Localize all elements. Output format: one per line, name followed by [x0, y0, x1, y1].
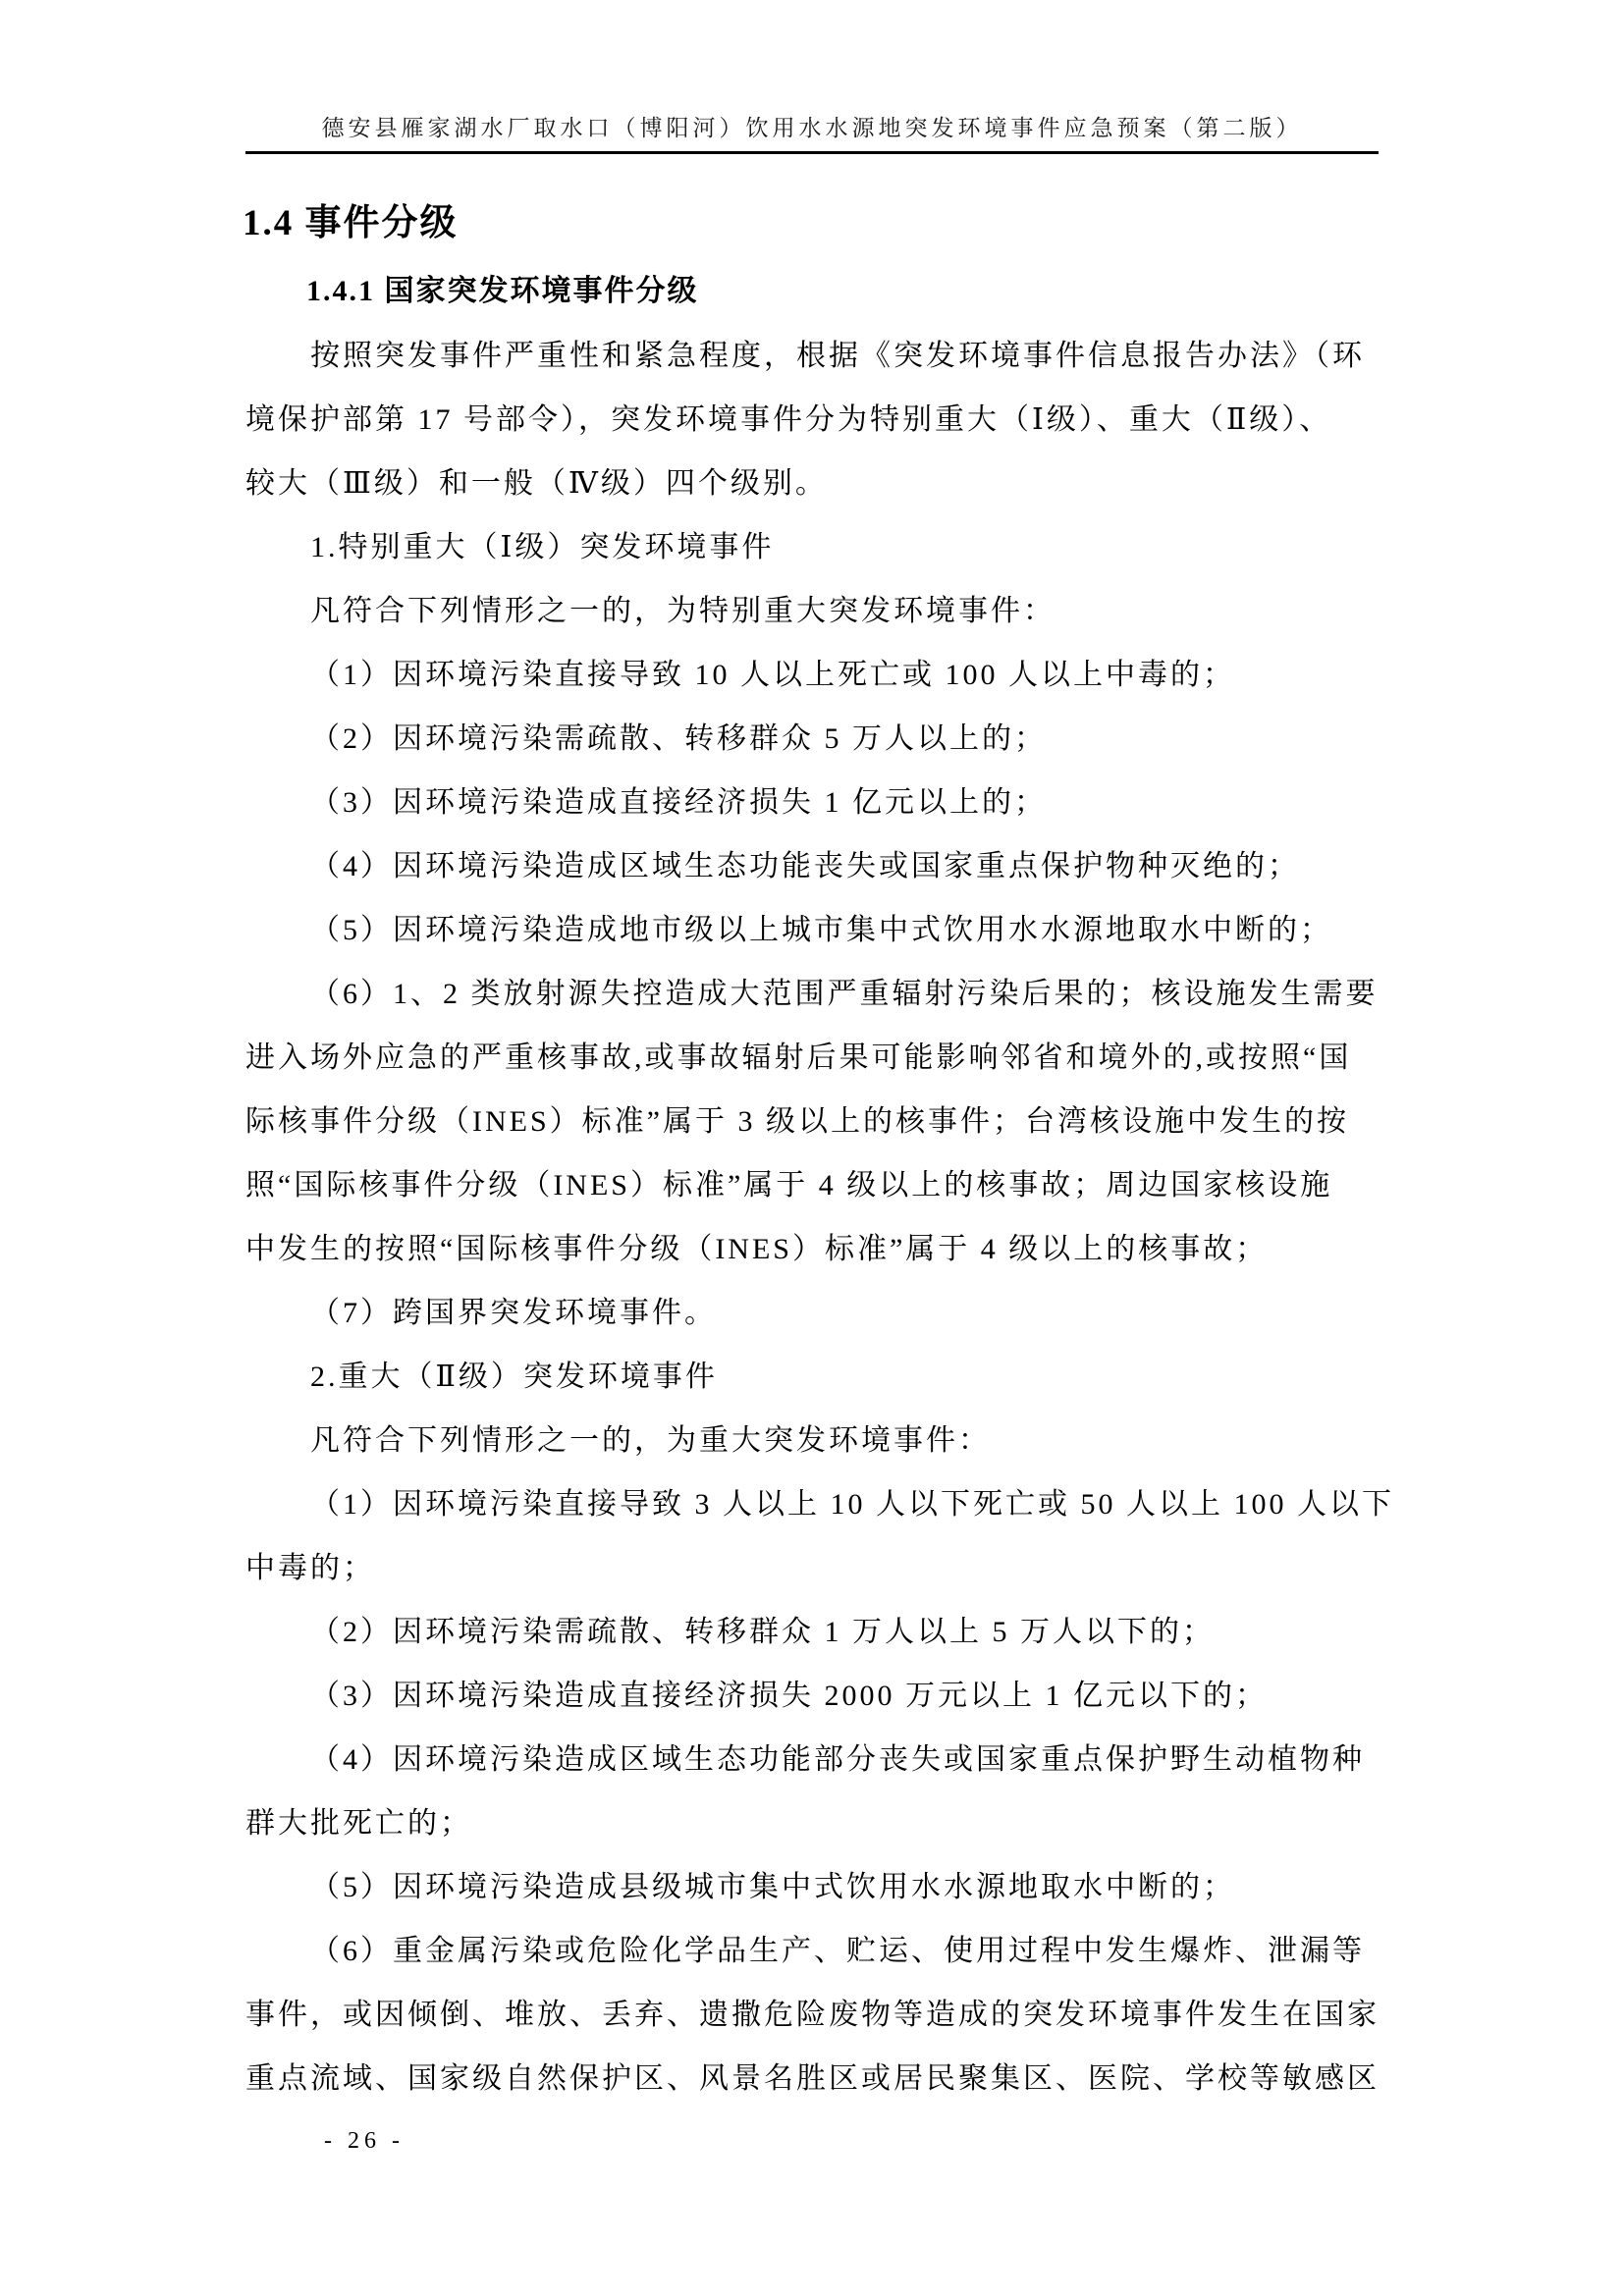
- body-line: （5）因环境污染造成县级城市集中式饮用水水源地取水中断的；: [245, 1855, 1409, 1919]
- section-heading: 1.4 事件分级: [243, 192, 459, 245]
- body-line: 事件，或因倾倒、堆放、丢弃、遗撒危险废物等造成的突发环境事件发生在国家: [245, 1983, 1409, 2047]
- body-line: 凡符合下列情形之一的，为特别重大突发环境事件：: [245, 579, 1409, 643]
- body-line: 重点流域、国家级自然保护区、风景名胜区或居民聚集区、医院、学校等敏感区: [245, 2047, 1409, 2110]
- body-line: （1）因环境污染直接导致 10 人以上死亡或 100 人以上中毒的；: [245, 643, 1409, 707]
- body-line: 中发生的按照“国际核事件分级（INES）标准”属于 4 级以上的核事故；: [245, 1217, 1409, 1281]
- body-line: （6）重金属污染或危险化学品生产、贮运、使用过程中发生爆炸、泄漏等: [245, 1919, 1409, 1983]
- body-line: （4）因环境污染造成区域生态功能部分丧失或国家重点保护野生动植物种: [245, 1728, 1409, 1791]
- body-line: （5）因环境污染造成地市级以上城市集中式饮用水水源地取水中断的；: [245, 898, 1409, 962]
- document-page: 德安县雁家湖水厂取水口（博阳河）饮用水水源地突发环境事件应急预案（第二版） 1.…: [0, 0, 1624, 2296]
- body-line: 际核事件分级（INES）标准”属于 3 级以上的核事件；台湾核设施中发生的按: [245, 1090, 1409, 1153]
- subsection-heading: 1.4.1 国家突发环境事件分级: [306, 266, 699, 309]
- body-line: （7）跨国界突发环境事件。: [245, 1281, 1409, 1345]
- header-rule: [245, 151, 1379, 154]
- body-line: 中毒的；: [245, 1536, 1409, 1600]
- body-line: 凡符合下列情形之一的，为重大突发环境事件：: [245, 1409, 1409, 1472]
- body: 按照突发事件严重性和紧急程度，根据《突发环境事件信息报告办法》（环境保护部第 1…: [245, 324, 1409, 2110]
- body-line: （3）因环境污染造成直接经济损失 1 亿元以上的；: [245, 771, 1409, 834]
- body-line: 群大批死亡的；: [245, 1791, 1409, 1855]
- body-line: 照“国际核事件分级（INES）标准”属于 4 级以上的核事故；周边国家核设施: [245, 1153, 1409, 1217]
- body-line: 2.重大（Ⅱ级）突发环境事件: [245, 1345, 1409, 1409]
- body-line: 较大（Ⅲ级）和一般（Ⅳ级）四个级别。: [245, 452, 1409, 515]
- body-line: （3）因环境污染造成直接经济损失 2000 万元以上 1 亿元以下的；: [245, 1664, 1409, 1728]
- body-line: （2）因环境污染需疏散、转移群众 5 万人以上的；: [245, 707, 1409, 771]
- body-line: 按照突发事件严重性和紧急程度，根据《突发环境事件信息报告办法》（环: [245, 324, 1409, 388]
- body-line: （2）因环境污染需疏散、转移群众 1 万人以上 5 万人以下的；: [245, 1600, 1409, 1664]
- footer-page-number: - 26 -: [324, 2128, 405, 2155]
- body-line: 境保护部第 17 号部令），突发环境事件分为特别重大（Ⅰ级）、重大（Ⅱ级）、: [245, 388, 1409, 452]
- body-line: 进入场外应急的严重核事故,或事故辐射后果可能影响邻省和境外的,或按照“国: [245, 1026, 1409, 1090]
- page-header-title: 德安县雁家湖水厂取水口（博阳河）饮用水水源地突发环境事件应急预案（第二版）: [245, 110, 1379, 142]
- body-line: 1.特别重大（Ⅰ级）突发环境事件: [245, 515, 1409, 579]
- body-line: （6）1、2 类放射源失控造成大范围严重辐射污染后果的；核设施发生需要: [245, 962, 1409, 1026]
- body-line: （1）因环境污染直接导致 3 人以上 10 人以下死亡或 50 人以上 100 …: [245, 1472, 1409, 1536]
- body-line: （4）因环境污染造成区域生态功能丧失或国家重点保护物种灭绝的；: [245, 834, 1409, 898]
